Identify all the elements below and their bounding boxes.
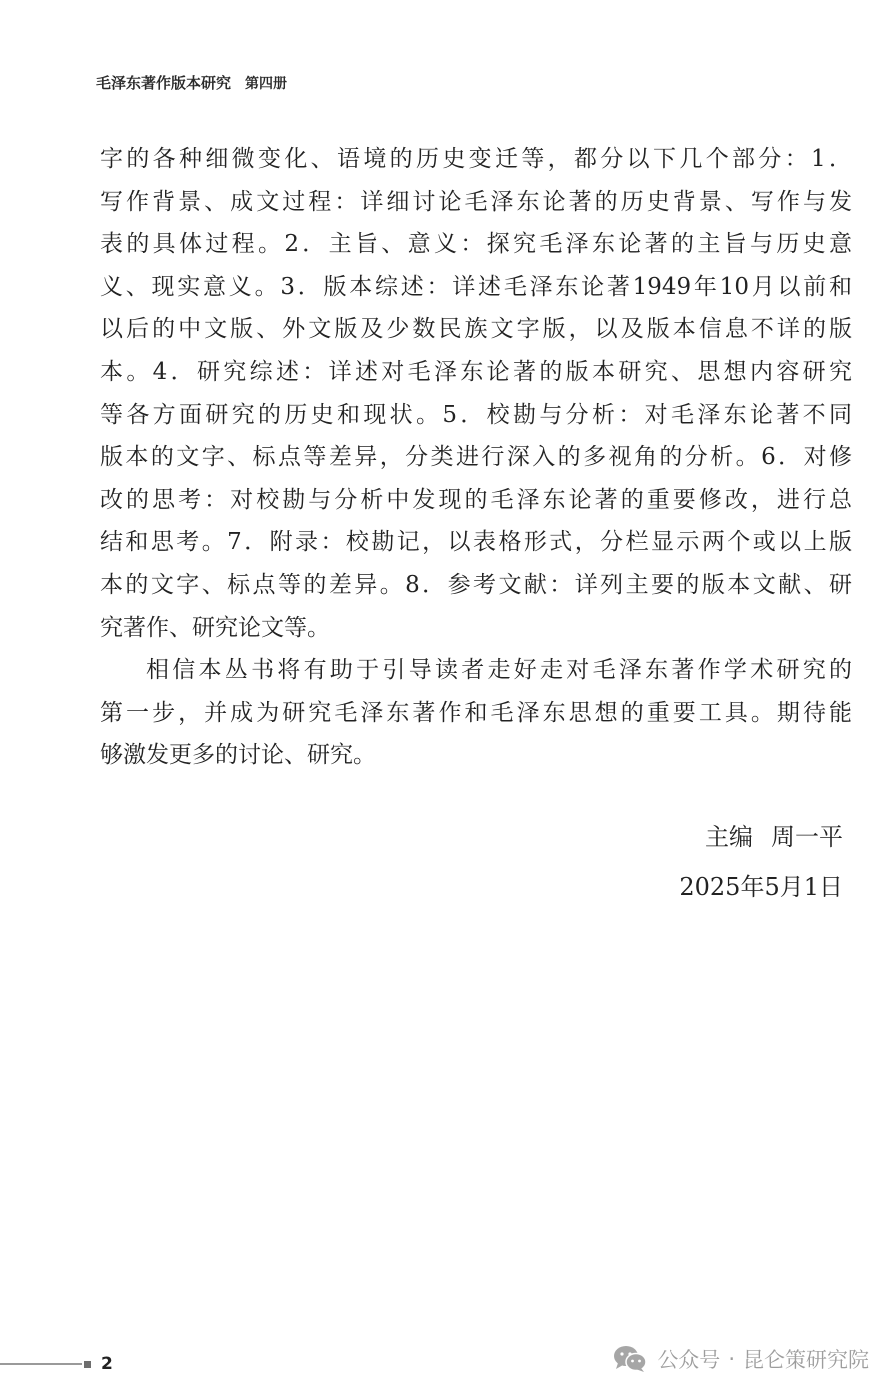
signature-date: 2025年5月1日: [679, 862, 843, 912]
text-line: 以后的中文版、外文版及少数民族文字版，以及版本信息不详的版: [100, 308, 852, 351]
text-line: 本。4．研究综述：详述对毛泽东论著的版本研究、思想内容研究: [100, 351, 852, 394]
editor-role: 主编: [705, 823, 753, 851]
text-line: 义、现实意义。3．版本综述：详述毛泽东论著1949年10月以前和: [100, 266, 852, 309]
body-text: 字的各种细微变化、语境的历史变迁等，都分以下几个部分：1． 写作背景、成文过程：…: [100, 138, 852, 777]
text-line: 表的具体过程。2．主旨、意义：探究毛泽东论著的主旨与历史意: [100, 223, 852, 266]
watermark-prefix: 公众号: [657, 1344, 720, 1374]
footer-rule: [0, 1363, 82, 1365]
text-line: 改的思考：对校勘与分析中发现的毛泽东论著的重要修改，进行总: [100, 479, 852, 522]
page-number: 2: [101, 1354, 113, 1374]
text-line: 版本的文字、标点等差异，分类进行深入的多视角的分析。6．对修: [100, 436, 852, 479]
text-line: 结和思考。7．附录：校勘记，以表格形式，分栏显示两个或以上版: [100, 521, 852, 564]
paragraph-1: 字的各种细微变化、语境的历史变迁等，都分以下几个部分：1． 写作背景、成文过程：…: [100, 138, 852, 649]
text-line: 字的各种细微变化、语境的历史变迁等，都分以下几个部分：1．: [100, 138, 852, 181]
signature-block: 主编周一平 2025年5月1日: [679, 812, 843, 912]
footer-square-marker: [84, 1361, 91, 1368]
text-line: 写作背景、成文过程：详细讨论毛泽东论著的历史背景、写作与发: [100, 181, 852, 224]
wechat-icon: [613, 1345, 647, 1373]
text-line: 究著作、研究论文等。: [100, 607, 852, 650]
volume-label: 第四册: [245, 76, 287, 92]
text-line: 等各方面研究的历史和现状。5．校勘与分析：对毛泽东论著不同: [100, 394, 852, 437]
text-line: 够激发更多的讨论、研究。: [100, 734, 852, 777]
text-line: 本的文字、标点等的差异。8．参考文献：详列主要的版本文献、研: [100, 564, 852, 607]
book-title: 毛泽东著作版本研究: [96, 74, 231, 92]
paragraph-2: 相信本丛书将有助于引导读者走好走对毛泽东著作学术研究的 第一步，并成为研究毛泽东…: [100, 649, 852, 777]
text-line: 相信本丛书将有助于引导读者走好走对毛泽东著作学术研究的: [100, 649, 852, 692]
watermark-separator: ·: [728, 1347, 735, 1371]
page-footer: 2: [0, 1352, 113, 1376]
text-line: 第一步，并成为研究毛泽东著作和毛泽东思想的重要工具。期待能: [100, 692, 852, 735]
watermark-account: 昆仑策研究院: [743, 1344, 869, 1374]
editor-name: 周一平: [771, 823, 843, 851]
editor-line: 主编周一平: [679, 812, 843, 862]
running-header: 毛泽东著作版本研究第四册: [96, 72, 287, 93]
wechat-watermark: 公众号 · 昆仑策研究院: [613, 1344, 869, 1374]
